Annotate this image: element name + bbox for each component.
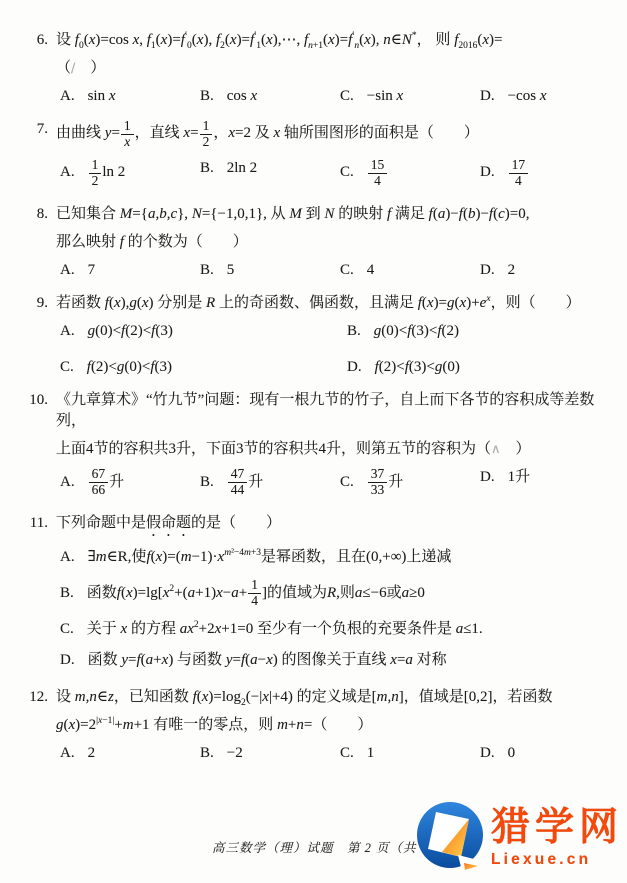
option-label: A. bbox=[60, 164, 75, 180]
question-number: 12. bbox=[18, 687, 48, 708]
option-text: 4744升 bbox=[227, 474, 264, 490]
option-label: B. bbox=[200, 745, 214, 761]
question-line: （∕ ） bbox=[56, 58, 611, 79]
option-D: D.0 bbox=[480, 743, 515, 764]
option-label: C. bbox=[340, 88, 354, 104]
question-number: 9. bbox=[18, 293, 48, 314]
option-A: A.12ln 2 bbox=[60, 158, 200, 188]
option-label: C. bbox=[340, 262, 354, 278]
question-line: 11.下列命题中是假命题的是（ ） bbox=[18, 513, 611, 540]
option-A: A.7 bbox=[60, 260, 200, 281]
option-label: A. bbox=[60, 262, 75, 278]
option-A: A.sin x bbox=[60, 86, 200, 107]
option-text: g(0)<f(3)<f(2) bbox=[374, 323, 459, 339]
option-B: B.4744升 bbox=[200, 467, 340, 497]
question-11: 11.下列命题中是假命题的是（ ）A.∃m∈R,使f(x)=(m−1)·xm²−… bbox=[18, 513, 611, 670]
option-label: C. bbox=[340, 164, 354, 180]
option-D: D.2 bbox=[480, 260, 515, 281]
option-C: C.1 bbox=[340, 743, 480, 764]
option-D: D.1升 bbox=[480, 467, 530, 497]
option-text: 1 bbox=[367, 745, 375, 761]
question-text: 若函数 f(x),g(x) 分别是 R 上的奇函数、偶函数，且满足 f(x)=g… bbox=[56, 293, 611, 314]
question-text: 那么映射 f 的个数为（ ） bbox=[56, 232, 611, 253]
option-A: A.2 bbox=[60, 743, 200, 764]
option-text: 3733升 bbox=[367, 474, 404, 490]
option-B: B.−2 bbox=[200, 743, 340, 764]
option-B: B.g(0)<f(3)<f(2) bbox=[347, 321, 611, 342]
option-text: 2 bbox=[508, 262, 516, 278]
option-label: B. bbox=[60, 585, 74, 601]
option-label: C. bbox=[60, 621, 74, 637]
options-row: A.12ln 2B.2ln 2C.154D.174 bbox=[18, 158, 611, 188]
option-A: A.6766升 bbox=[60, 467, 200, 497]
question-text: 上面4节的容积共3升，下面3节的容积共4升，则第五节的容积为（∧ ） bbox=[56, 439, 611, 460]
options-row: A.∃m∈R,使f(x)=(m−1)·xm²−4m+3是幂函数，且在(0,+∞)… bbox=[18, 547, 611, 670]
question-text: 已知集合 M={a,b,c}, N={−1,0,1}, 从 M 到 N 的映射 … bbox=[56, 204, 611, 225]
option-label: A. bbox=[60, 549, 75, 565]
option-label: D. bbox=[480, 469, 495, 485]
option-label: D. bbox=[480, 262, 495, 278]
question-number: 6. bbox=[18, 30, 48, 51]
option-C: C.−sin x bbox=[340, 86, 480, 107]
option-label: D. bbox=[480, 88, 495, 104]
options-row: A.6766升B.4744升C.3733升D.1升 bbox=[18, 467, 611, 497]
option-label: D. bbox=[347, 359, 362, 375]
option-D: D.函数 y=f(a+x) 与函数 y=f(a−x) 的图像关于直线 x=a 对… bbox=[60, 650, 611, 671]
options-row: A.g(0)<f(2)<f(3)B.g(0)<f(3)<f(2)C.f(2)<g… bbox=[18, 321, 611, 378]
option-label: C. bbox=[60, 359, 74, 375]
option-text: 5 bbox=[227, 262, 235, 278]
option-label: B. bbox=[200, 88, 214, 104]
option-label: A. bbox=[60, 474, 75, 490]
question-8: 8.已知集合 M={a,b,c}, N={−1,0,1}, 从 M 到 N 的映… bbox=[18, 204, 611, 281]
option-C: C.3733升 bbox=[340, 467, 480, 497]
option-label: D. bbox=[480, 164, 495, 180]
option-text: 1升 bbox=[508, 469, 531, 485]
option-text: g(0)<f(2)<f(3) bbox=[88, 323, 173, 339]
exam-page: 6.设 f0(x)=cos x, f1(x)=f′0(x), f2(x)=f′1… bbox=[0, 0, 627, 883]
pencil-mark: ∧ bbox=[491, 442, 501, 457]
option-text: cos x bbox=[227, 88, 257, 104]
option-text: −sin x bbox=[367, 88, 403, 104]
option-C: C.154 bbox=[340, 158, 480, 188]
logo-text: 猎学网 Liexue.cn bbox=[491, 808, 623, 870]
question-text: 设 m,n∈z，已知函数 f(x)=log2(−|x|+4) 的定义域是[m,n… bbox=[56, 687, 611, 708]
option-label: B. bbox=[347, 323, 361, 339]
question-text: g(x)=2|x−1|+m+1 有唯一的零点，则 m+n=（ ） bbox=[56, 715, 611, 736]
option-label: A. bbox=[60, 745, 75, 761]
option-text: −cos x bbox=[508, 88, 547, 104]
question-line: 10.《九章算术》“竹九节”问题：现有一根九节的竹子，自上而下各节的容积成等差数… bbox=[18, 390, 611, 432]
option-B: B.2ln 2 bbox=[200, 158, 340, 188]
option-text: ∃m∈R,使f(x)=(m−1)·xm²−4m+3是幂函数，且在(0,+∞)上递… bbox=[88, 549, 452, 565]
option-text: 7 bbox=[88, 262, 96, 278]
logo-ball-icon bbox=[415, 800, 485, 879]
option-text: 0 bbox=[508, 745, 516, 761]
option-label: B. bbox=[200, 474, 214, 490]
question-number: 7. bbox=[18, 119, 48, 149]
option-text: 关于 x 的方程 ax2+2x+1=0 至少有一个负根的充要条件是 a≤1. bbox=[87, 621, 483, 637]
option-text: 12ln 2 bbox=[88, 164, 126, 180]
option-A: A.∃m∈R,使f(x)=(m−1)·xm²−4m+3是幂函数，且在(0,+∞)… bbox=[60, 547, 611, 568]
option-text: 6766升 bbox=[88, 474, 125, 490]
question-line: 上面4节的容积共3升，下面3节的容积共4升，则第五节的容积为（∧ ） bbox=[56, 439, 611, 460]
question-12: 12.设 m,n∈z，已知函数 f(x)=log2(−|x|+4) 的定义域是[… bbox=[18, 687, 611, 764]
question-10: 10.《九章算术》“竹九节”问题：现有一根九节的竹子，自上而下各节的容积成等差数… bbox=[18, 390, 611, 497]
option-C: C.4 bbox=[340, 260, 480, 281]
option-label: B. bbox=[200, 262, 214, 278]
question-text: 设 f0(x)=cos x, f1(x)=f′0(x), f2(x)=f′1(x… bbox=[56, 30, 611, 51]
question-7: 7.由曲线 y=1x，直线 x=12，x=2 及 x 轴所围图形的面积是（ ）A… bbox=[18, 119, 611, 188]
option-B: B.5 bbox=[200, 260, 340, 281]
option-label: C. bbox=[340, 745, 354, 761]
questions: 6.设 f0(x)=cos x, f1(x)=f′0(x), f2(x)=f′1… bbox=[18, 30, 611, 764]
option-text: 154 bbox=[367, 164, 389, 180]
question-text: 由曲线 y=1x，直线 x=12，x=2 及 x 轴所围图形的面积是（ ） bbox=[56, 119, 611, 149]
option-A: A.g(0)<f(2)<f(3) bbox=[60, 321, 347, 342]
option-D: D.f(2)<f(3)<g(0) bbox=[347, 357, 611, 378]
options-row: A.2B.−2C.1D.0 bbox=[18, 743, 611, 764]
option-label: D. bbox=[480, 745, 495, 761]
option-text: f(2)<f(3)<g(0) bbox=[375, 359, 460, 375]
option-text: 函数 y=f(a+x) 与函数 y=f(a−x) 的图像关于直线 x=a 对称 bbox=[88, 652, 447, 668]
question-line: 6.设 f0(x)=cos x, f1(x)=f′0(x), f2(x)=f′1… bbox=[18, 30, 611, 51]
option-text: f(2)<g(0)<f(3) bbox=[87, 359, 172, 375]
question-line: 8.已知集合 M={a,b,c}, N={−1,0,1}, 从 M 到 N 的映… bbox=[18, 204, 611, 225]
option-text: 2 bbox=[88, 745, 96, 761]
option-D: D.174 bbox=[480, 158, 529, 188]
logo-site-name: 猎学网 bbox=[491, 808, 623, 848]
pencil-mark: ∕ bbox=[71, 61, 75, 76]
option-label: A. bbox=[60, 88, 75, 104]
question-number: 11. bbox=[18, 513, 48, 540]
question-text: 《九章算术》“竹九节”问题：现有一根九节的竹子，自上而下各节的容积成等差数列， bbox=[56, 390, 611, 432]
option-text: 函数f(x)=lg[x2+(a+1)x−a+14]的值域为R,则a≤−6或a≥0 bbox=[87, 585, 425, 601]
option-text: 174 bbox=[508, 164, 530, 180]
question-text: （∕ ） bbox=[56, 58, 611, 79]
question-number: 10. bbox=[18, 390, 48, 432]
option-label: B. bbox=[200, 160, 214, 176]
question-6: 6.设 f0(x)=cos x, f1(x)=f′0(x), f2(x)=f′1… bbox=[18, 30, 611, 107]
option-label: C. bbox=[340, 474, 354, 490]
question-line: 12.设 m,n∈z，已知函数 f(x)=log2(−|x|+4) 的定义域是[… bbox=[18, 687, 611, 708]
question-line: 9.若函数 f(x),g(x) 分别是 R 上的奇函数、偶函数，且满足 f(x)… bbox=[18, 293, 611, 314]
question-line: g(x)=2|x−1|+m+1 有唯一的零点，则 m+n=（ ） bbox=[56, 715, 611, 736]
option-C: C.关于 x 的方程 ax2+2x+1=0 至少有一个负根的充要条件是 a≤1. bbox=[60, 619, 611, 640]
option-text: −2 bbox=[227, 745, 243, 761]
site-logo: 猎学网 Liexue.cn bbox=[415, 800, 623, 879]
option-label: A. bbox=[60, 323, 75, 339]
options-row: A.sin xB.cos xC.−sin xD.−cos x bbox=[18, 86, 611, 107]
option-text: 4 bbox=[367, 262, 375, 278]
question-line: 7.由曲线 y=1x，直线 x=12，x=2 及 x 轴所围图形的面积是（ ） bbox=[18, 119, 611, 149]
question-text: 下列命题中是假命题的是（ ） bbox=[56, 513, 611, 540]
options-row: A.7B.5C.4D.2 bbox=[18, 260, 611, 281]
option-D: D.−cos x bbox=[480, 86, 546, 107]
logo-site-domain: Liexue.cn bbox=[491, 849, 623, 871]
option-B: B.函数f(x)=lg[x2+(a+1)x−a+14]的值域为R,则a≤−6或a… bbox=[60, 578, 611, 608]
option-text: 2ln 2 bbox=[227, 160, 257, 176]
option-C: C.f(2)<g(0)<f(3) bbox=[60, 357, 347, 378]
question-number: 8. bbox=[18, 204, 48, 225]
option-B: B.cos x bbox=[200, 86, 340, 107]
question-line: 那么映射 f 的个数为（ ） bbox=[56, 232, 611, 253]
option-text: sin x bbox=[88, 88, 116, 104]
option-label: D. bbox=[60, 652, 75, 668]
question-9: 9.若函数 f(x),g(x) 分别是 R 上的奇函数、偶函数，且满足 f(x)… bbox=[18, 293, 611, 378]
